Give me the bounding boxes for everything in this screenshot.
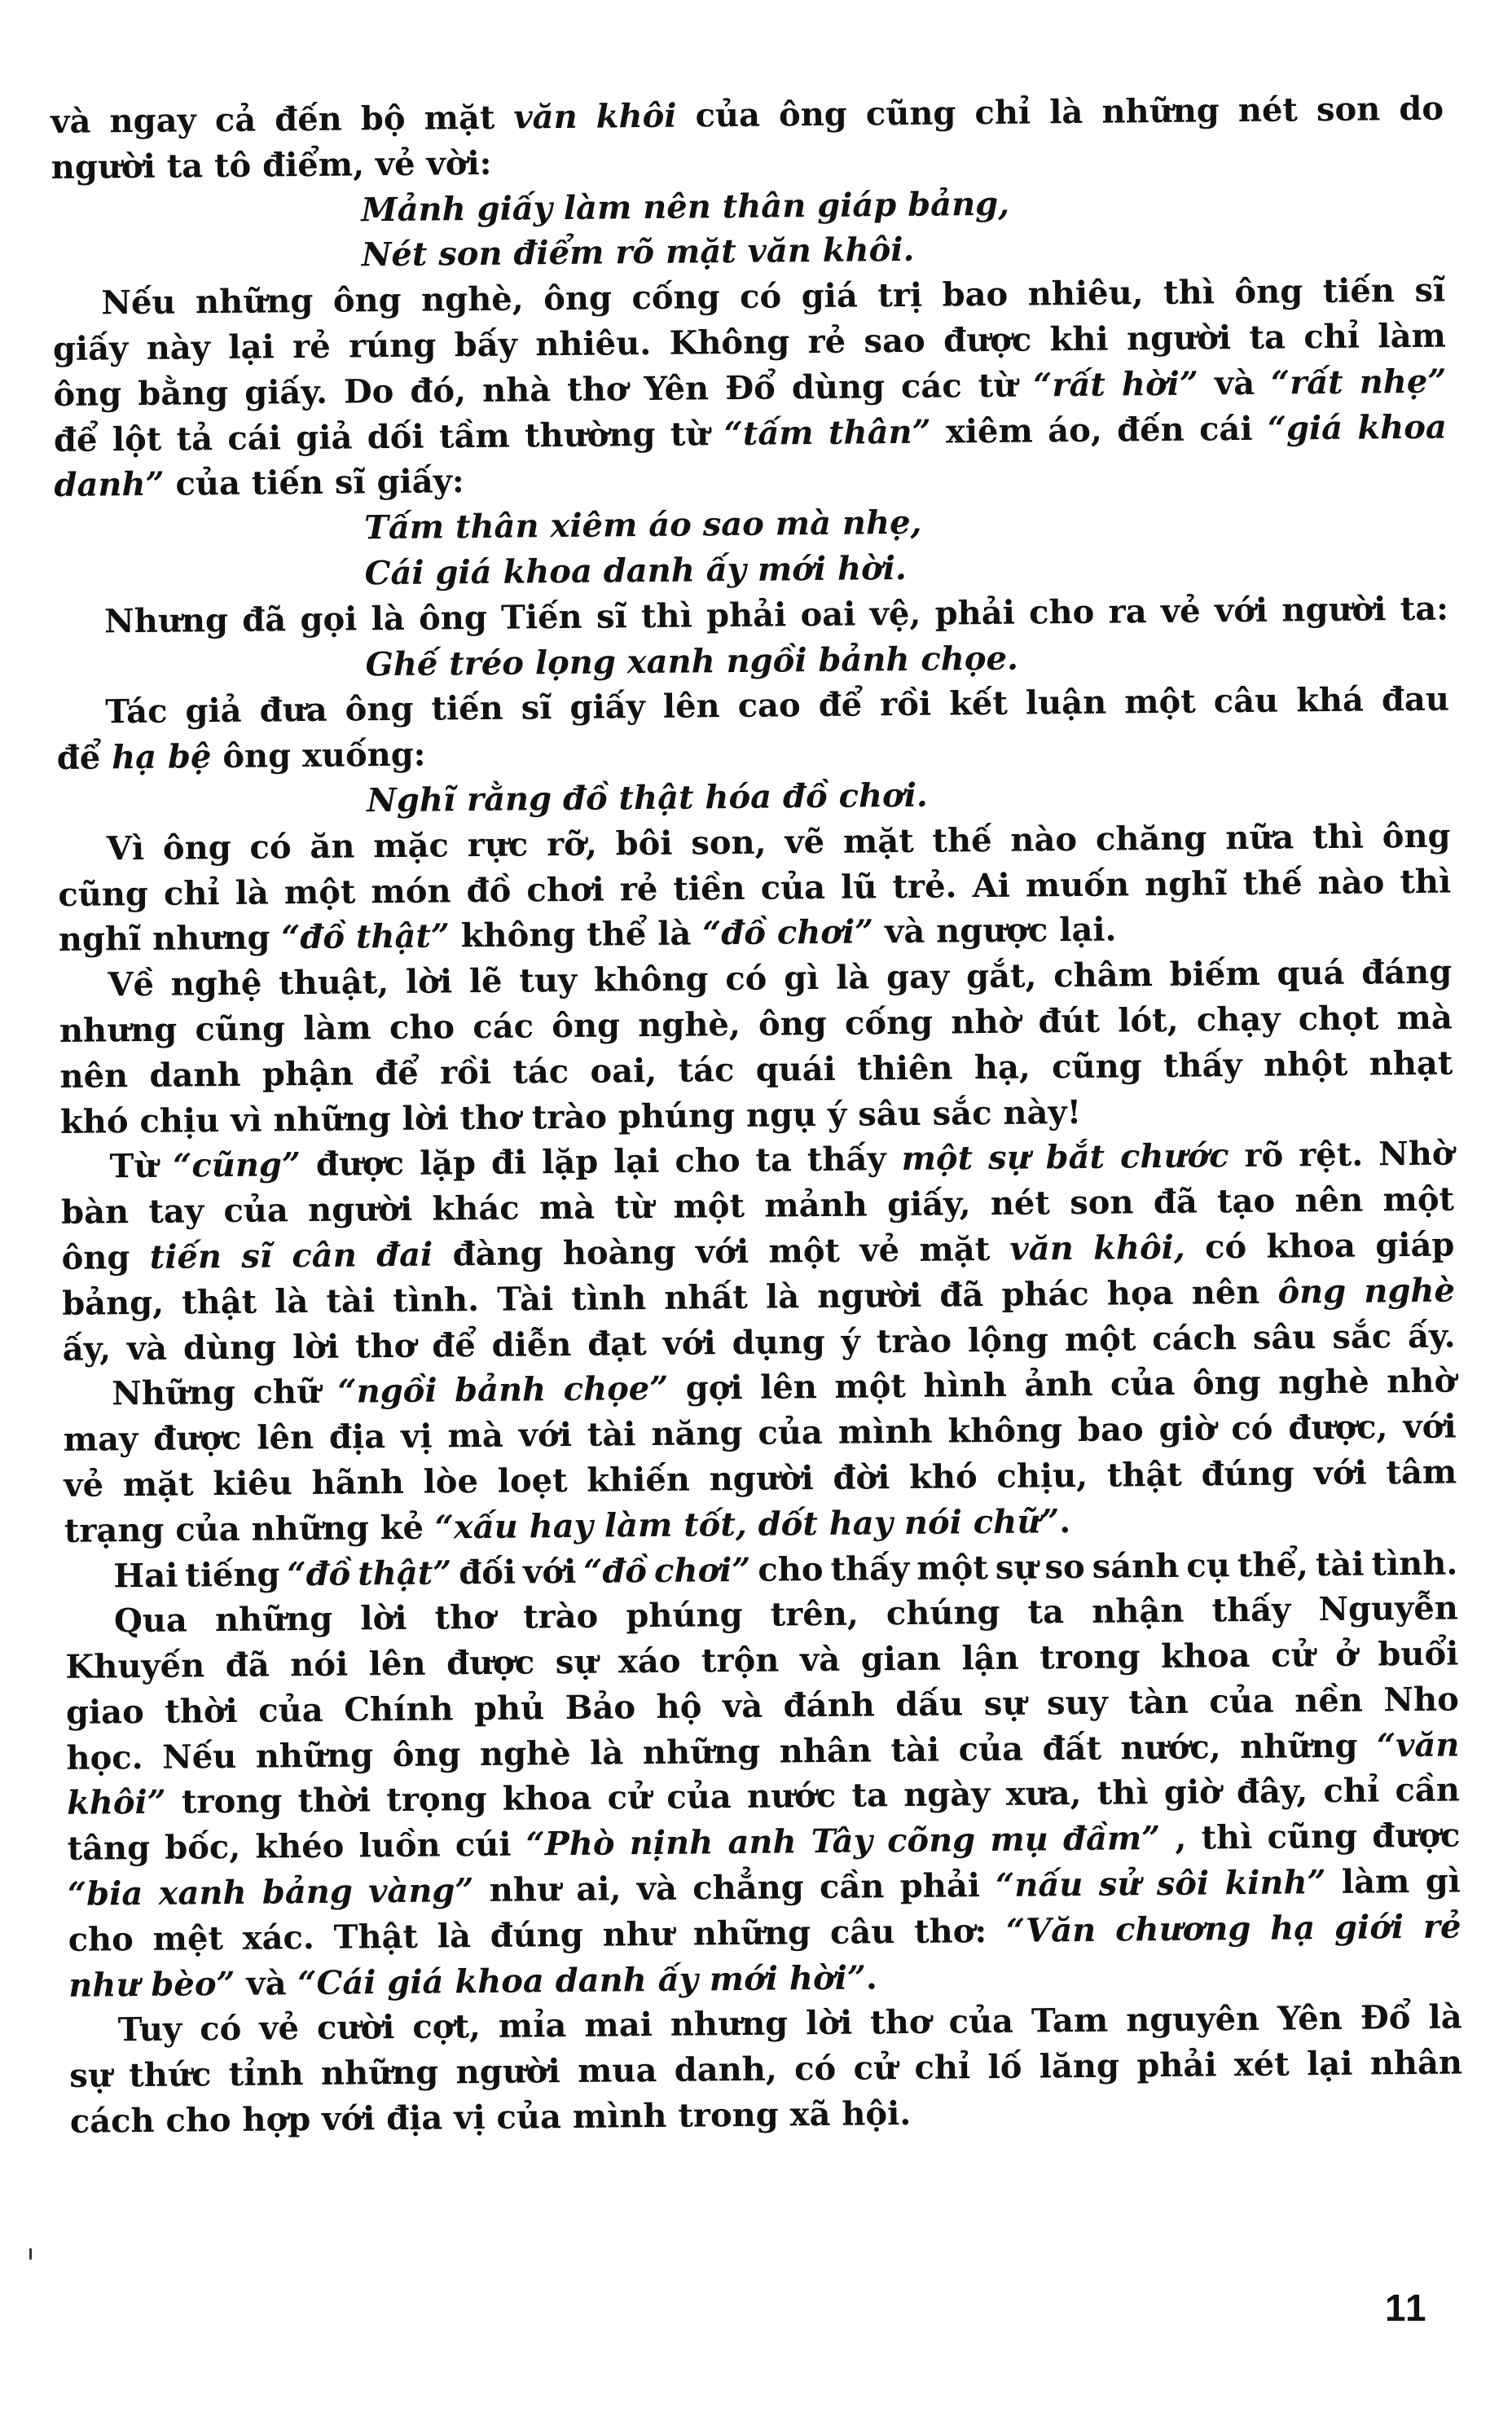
text-run: Hai — [113, 1553, 178, 1599]
text-run: là — [836, 956, 870, 1001]
text-run: sánh — [1092, 1543, 1179, 1589]
text-run: Nhưng — [104, 598, 228, 644]
text-run: chúng — [886, 1590, 1000, 1637]
text-run: mặt — [843, 819, 914, 865]
text-run: thật — [1107, 1452, 1182, 1499]
text-run: danh — [149, 1052, 241, 1099]
text-run: ăn — [310, 824, 355, 869]
text-run: rồi — [880, 682, 931, 727]
text-run: phải — [706, 592, 787, 639]
text-run: tình — [571, 1276, 646, 1322]
italic-phrase: kinh” — [1224, 1860, 1326, 1906]
book-page: vàngaycảđếnbộmặtvănkhôicủaôngcũngchỉlành… — [0, 0, 1512, 2434]
italic-phrase: khôi — [596, 94, 677, 140]
text-run: Từ — [109, 1144, 157, 1189]
text-run: lời — [360, 1596, 407, 1641]
text-run: có — [249, 824, 292, 870]
text-run: nước, — [1120, 1724, 1221, 1771]
text-run: với — [523, 1549, 577, 1594]
text-run: như — [489, 1867, 560, 1913]
italic-phrase: sự — [988, 1136, 1031, 1181]
text-run: may — [64, 1417, 138, 1463]
text-run: tài — [326, 1278, 375, 1324]
text-run: cống — [631, 275, 720, 321]
italic-phrase: xanh — [158, 1870, 246, 1917]
italic-phrase: tiến — [149, 1234, 222, 1281]
text-run: giao — [66, 1689, 144, 1736]
text-run: cũng — [1267, 1814, 1357, 1861]
text-run: nghè, — [638, 1002, 741, 1048]
text-run: của — [758, 1410, 823, 1456]
text-run: đất — [1042, 1725, 1101, 1771]
text-run: thường — [525, 411, 656, 458]
text-run: suy — [1047, 1681, 1108, 1727]
text-run: chăng — [1096, 815, 1207, 862]
italic-phrase: nghè — [1364, 1268, 1455, 1314]
text-run: cười — [317, 2006, 395, 2052]
text-run: dụng — [732, 1319, 825, 1365]
text-run: một — [673, 1184, 745, 1230]
text-run: lại — [1307, 2041, 1353, 2087]
text-run: đáng — [1361, 950, 1452, 996]
text-run: gì — [784, 956, 820, 1001]
text-run: là — [766, 1274, 800, 1320]
text-run: lũ — [841, 864, 877, 910]
text-run: một — [1065, 1316, 1136, 1363]
text-run: để — [818, 683, 862, 728]
text-run: cái — [1199, 406, 1253, 451]
text-run: giả — [185, 688, 242, 734]
text-run: ông — [333, 278, 402, 324]
text-run: Nhờ — [1378, 1131, 1454, 1178]
text-run: , — [1175, 1816, 1186, 1861]
text-run: câu — [1214, 679, 1279, 725]
text-run: đúng — [490, 1913, 583, 1959]
text-run: rệt. — [1299, 1132, 1363, 1179]
text-run: tình. — [1371, 1540, 1457, 1587]
text-run: loẹt — [497, 1458, 567, 1505]
text-run: mỉa — [499, 2003, 567, 2050]
text-run: và — [127, 1325, 168, 1371]
text-run: kết — [949, 681, 1008, 727]
text-run: được, — [1288, 1404, 1388, 1451]
text-run: lên — [663, 684, 720, 730]
text-run: vệ, — [869, 591, 921, 637]
text-run: mặt — [123, 1461, 194, 1508]
text-run: tiến — [1322, 268, 1395, 314]
text-run: và — [51, 99, 91, 145]
text-run: nhất — [664, 1275, 748, 1321]
text-run: trẻ. — [892, 863, 956, 910]
text-run: tuy — [519, 958, 577, 1004]
text-run: ấy. — [1408, 1313, 1456, 1359]
text-run: nhờ — [1387, 1359, 1456, 1405]
text-run: sự — [556, 1640, 598, 1685]
text-run: thơ — [355, 1323, 416, 1369]
text-run: muốn — [1026, 862, 1130, 908]
text-run: sĩ — [1414, 268, 1445, 314]
text-run: nghè — [480, 1731, 571, 1777]
text-run: bốc, — [165, 1825, 240, 1871]
text-run: thì — [1312, 814, 1364, 859]
text-run: ở — [1335, 1632, 1357, 1678]
text-run: của tiến sĩ giấy: — [164, 459, 464, 507]
text-run: của — [948, 1999, 1013, 2045]
text-run: để — [432, 1323, 476, 1369]
italic-phrase: hạ bệ — [112, 734, 212, 780]
body-text: vàngaycảđếnbộmặtvănkhôicủaôngcũngchỉlành… — [51, 86, 1463, 2145]
text-run: hộ — [656, 1684, 701, 1729]
italic-phrase: cõng — [887, 1817, 976, 1864]
text-run: hoàng — [563, 1230, 676, 1276]
text-run: đây, — [1237, 1769, 1308, 1816]
text-run: do — [1399, 86, 1444, 132]
text-run: trong — [182, 1779, 283, 1825]
text-run: lộng — [968, 1317, 1048, 1364]
italic-phrase: “văn — [1377, 1722, 1460, 1768]
text-run: gian — [860, 1637, 941, 1683]
text-run: nhận — [1092, 1588, 1185, 1635]
text-run: lời — [292, 1324, 340, 1369]
text-run: món — [371, 868, 451, 915]
text-run: từ — [670, 411, 710, 457]
text-run: mình — [838, 1409, 933, 1456]
text-run: những — [1101, 88, 1220, 134]
text-run: đau — [1382, 677, 1450, 723]
text-run: hạ, — [974, 1044, 1031, 1090]
text-run: khéo — [255, 1824, 344, 1870]
text-run: trị — [877, 273, 922, 319]
text-run: ai, — [576, 1866, 622, 1912]
text-run: thơ — [567, 367, 628, 413]
text-run: của — [258, 1688, 323, 1734]
text-run: chịu, — [996, 1453, 1088, 1500]
text-run: người — [1281, 587, 1387, 633]
text-run: hình — [923, 1363, 1007, 1409]
text-run: những — [1240, 1723, 1358, 1769]
text-run: bao — [942, 272, 1008, 319]
text-run: mai — [584, 2002, 653, 2049]
text-run: Thật — [333, 1914, 418, 1961]
text-run: nào — [1010, 817, 1077, 863]
text-run: nữa — [1225, 815, 1294, 861]
text-run: người — [1127, 315, 1232, 362]
text-run: những — [215, 1597, 333, 1643]
italic-phrase: rẻ — [1423, 1904, 1461, 1949]
text-run: son, — [691, 819, 767, 866]
text-run: vẻ — [259, 2006, 299, 2052]
text-run: có — [794, 2046, 837, 2092]
text-run: Yên — [1277, 1996, 1343, 2042]
text-run: mà — [447, 1413, 503, 1459]
italic-phrase: “giá — [1268, 405, 1343, 451]
text-run: ông — [779, 92, 847, 138]
text-run: câu — [830, 1909, 895, 1956]
text-run: ảnh — [1024, 1362, 1093, 1408]
text-run: đã — [225, 1643, 269, 1689]
text-run: lặp — [420, 1140, 477, 1186]
text-run: lời — [806, 2001, 853, 2046]
italic-phrase: giới — [1334, 1905, 1404, 1951]
text-run: nhân — [1370, 2041, 1463, 2087]
italic-phrase: một — [901, 1136, 973, 1183]
text-run: địa — [329, 1414, 386, 1460]
italic-phrase: khoa — [1357, 404, 1447, 450]
text-run: Khuyến — [65, 1643, 204, 1689]
text-run: không — [947, 1408, 1062, 1454]
text-run: tiến — [431, 686, 503, 732]
text-run: vị — [401, 1414, 433, 1460]
text-run: Tam — [1031, 1998, 1109, 2045]
italic-phrase: chương — [1115, 1906, 1251, 1953]
text-run: Đổ — [725, 365, 776, 411]
text-run: có — [725, 956, 767, 1002]
text-run: đã — [1154, 1180, 1198, 1225]
text-run: của — [695, 93, 760, 139]
italic-phrase: đai — [376, 1232, 433, 1277]
text-run: thức — [129, 2052, 212, 2098]
text-run: gọi — [300, 596, 357, 642]
text-run: cử — [1271, 1632, 1315, 1678]
italic-phrase: khôi, — [1093, 1225, 1185, 1272]
text-run: thời — [297, 1778, 371, 1825]
text-run: thì — [1097, 1771, 1149, 1817]
text-run: lận — [961, 1636, 1019, 1681]
text-run: cách cho hợp với địa vị của mình trong x… — [70, 2091, 912, 2145]
text-run: dùng — [792, 364, 886, 411]
text-run: mua — [578, 2048, 657, 2094]
italic-phrase: sử — [1098, 1861, 1141, 1907]
text-run: ông — [345, 687, 413, 733]
text-run: dấu — [895, 1681, 964, 1728]
text-run: rực — [467, 822, 528, 868]
text-run: lại — [613, 1139, 660, 1184]
text-run: với — [519, 1413, 573, 1458]
text-run: nguyên — [1126, 1997, 1259, 2043]
text-run: là — [1428, 1995, 1462, 2041]
text-run: lăng — [1039, 2044, 1120, 2090]
italic-phrase: “Văn — [1006, 1908, 1097, 1954]
text-run: gắt, — [966, 954, 1037, 1000]
text-run: nhà — [482, 367, 552, 414]
text-run: sự — [69, 2054, 112, 2099]
text-run: Tài — [497, 1276, 554, 1322]
text-run: nhưng — [670, 2001, 789, 2048]
text-run: ra — [1108, 589, 1147, 635]
italic-phrase: nhẹ” — [1359, 358, 1446, 405]
text-run: cử — [853, 2045, 897, 2091]
italic-phrase: vàng” — [368, 1868, 474, 1914]
text-run: Ghế tréo lọng xanh ngồi bảnh chọe. — [365, 635, 1018, 687]
text-run: đã — [242, 597, 286, 643]
text-run: ông — [1193, 1360, 1261, 1407]
text-run: chữ — [253, 1369, 320, 1416]
text-run: rẻ — [807, 319, 846, 365]
text-run: phúng — [626, 1593, 743, 1639]
text-run: bôi — [615, 820, 672, 866]
text-run: thời — [165, 1689, 238, 1735]
text-run: thấy — [1211, 1588, 1290, 1634]
text-run: rúng — [349, 323, 437, 369]
text-run: mảnh — [764, 1183, 868, 1229]
text-run: khoa — [1161, 1633, 1250, 1680]
text-run: thế — [932, 818, 992, 863]
text-run: so — [1044, 1544, 1085, 1589]
text-run: bao — [1078, 1407, 1144, 1453]
text-run: họa — [1107, 1271, 1174, 1317]
italic-phrase: ông — [1277, 1269, 1346, 1316]
text-run: trạng của những kẻ — [64, 1505, 436, 1553]
italic-phrase: bảng — [262, 1869, 353, 1916]
text-run: mà — [1396, 995, 1453, 1040]
text-run: bộ — [361, 96, 406, 142]
italic-phrase: “rất — [1271, 360, 1343, 406]
text-run: Nghĩ rằng đồ thật hóa đồ chơi. — [367, 773, 928, 824]
text-run: trong — [1039, 1634, 1141, 1681]
text-run: tiền — [673, 865, 745, 912]
text-run: ông — [758, 1001, 827, 1048]
text-run: tình. — [393, 1277, 479, 1324]
italic-phrase: chơi” — [654, 1547, 751, 1593]
text-run: trộn — [701, 1638, 780, 1685]
text-run: lên — [257, 1415, 314, 1461]
text-run: xét — [1234, 2042, 1290, 2088]
italic-phrase: “xấu hay làm tốt, dốt hay nói chữ” — [435, 1499, 1060, 1550]
text-run: để — [375, 1050, 419, 1096]
text-run: trào — [523, 1594, 599, 1641]
text-run: và ngược lại. — [873, 907, 1117, 956]
text-run: kiêu — [213, 1461, 292, 1507]
text-run: khoa — [503, 1776, 592, 1822]
text-run: học. — [66, 1735, 143, 1782]
text-run: Cái giá khoa danh ấy mới hời. — [364, 546, 907, 596]
text-run: thuật, — [279, 960, 389, 1006]
text-run: sự — [996, 1544, 1038, 1590]
text-run: các — [901, 363, 962, 410]
page-number: 11 — [1385, 2286, 1428, 2330]
text-run: khác — [432, 1186, 520, 1232]
text-run: cũng — [1052, 1043, 1142, 1090]
text-run: bấy — [454, 323, 517, 369]
text-run: lên — [760, 1364, 817, 1410]
text-run: khó — [909, 1454, 978, 1500]
text-run: cụ — [1186, 1543, 1230, 1588]
italic-phrase: danh” — [54, 462, 165, 508]
text-run: của — [666, 1775, 732, 1821]
text-run: Nếu — [162, 1734, 237, 1781]
text-run: được — [153, 1416, 242, 1462]
text-run: lại — [228, 324, 275, 370]
text-run: tiếng — [185, 1552, 280, 1598]
text-run: ông — [61, 1235, 130, 1281]
text-run: có — [200, 2006, 242, 2052]
text-run: sĩ — [596, 594, 627, 639]
text-run: đã — [939, 1272, 983, 1318]
text-run: hãnh — [311, 1460, 404, 1506]
text-run: xưa, — [1005, 1771, 1081, 1817]
text-run: là — [275, 1279, 309, 1325]
text-run: xáo — [618, 1639, 681, 1685]
text-run: tạo — [1217, 1179, 1276, 1224]
text-run: không thể là — [450, 912, 703, 960]
text-run: từ — [614, 1184, 653, 1230]
text-run: Ai — [972, 863, 1010, 908]
text-run: cho — [1029, 589, 1095, 635]
italic-phrase: hời” — [1122, 361, 1199, 407]
text-run: làm — [303, 1005, 371, 1052]
text-run: nên — [1191, 1270, 1259, 1316]
text-run: ông — [1382, 813, 1451, 859]
text-run: là — [437, 1913, 472, 1959]
text-run: gì — [1425, 1859, 1461, 1905]
italic-phrase: “đồ chơi” — [702, 910, 873, 957]
text-run: và — [235, 1961, 298, 2007]
text-run: khiến — [587, 1456, 690, 1503]
text-run: rồi — [440, 1050, 491, 1096]
text-run: ta: — [1400, 586, 1448, 631]
text-run: nên — [1294, 1178, 1363, 1224]
text-run: đến — [275, 97, 342, 143]
text-run: đút — [1038, 999, 1100, 1045]
text-run: mà — [539, 1185, 596, 1231]
text-run: làm — [1378, 314, 1446, 360]
text-run: chỉ — [1303, 314, 1360, 360]
text-run: rõ — [1244, 1133, 1283, 1179]
text-run: ta — [851, 1773, 888, 1819]
text-run: là — [371, 596, 405, 642]
text-run: một — [768, 1228, 840, 1275]
text-run: trọng — [386, 1777, 487, 1823]
text-run: tàn — [1128, 1680, 1189, 1725]
text-run: Về — [108, 962, 154, 1008]
text-run: cho — [389, 1004, 455, 1051]
text-run: giấy. — [244, 370, 327, 416]
text-run: nhân — [779, 1728, 872, 1774]
text-run: từ — [978, 362, 1017, 408]
text-run: mặt — [424, 95, 494, 142]
italic-phrase: chọe” — [563, 1366, 668, 1413]
italic-phrase: thật” — [358, 1550, 451, 1597]
italic-phrase: thân” — [829, 409, 931, 455]
text-run: đến — [1117, 406, 1185, 453]
text-run: đưa — [259, 688, 327, 734]
italic-phrase: sĩ — [241, 1233, 272, 1279]
text-run: ông — [163, 825, 231, 872]
text-run: ta — [1249, 314, 1286, 360]
text-run: áo, — [1048, 407, 1102, 453]
text-run: là — [235, 870, 269, 916]
text-run: là — [590, 1730, 624, 1776]
text-run: nào — [1317, 859, 1384, 906]
text-run: . — [1059, 1499, 1070, 1544]
text-run: tài — [890, 1727, 939, 1773]
text-run: sự — [984, 1681, 1026, 1726]
text-run: đi — [491, 1140, 527, 1186]
text-run: thể, — [1237, 1542, 1308, 1588]
text-run: nhột — [1264, 1042, 1348, 1088]
italic-phrase: Tây — [811, 1819, 872, 1865]
text-run: khoa — [1266, 1224, 1356, 1270]
text-run: và — [636, 1866, 677, 1912]
text-run: với — [696, 1229, 749, 1275]
italic-phrase: “đồ thật” — [281, 914, 450, 961]
text-run: cần — [1395, 1768, 1460, 1814]
italic-phrase: “đồ — [583, 1549, 647, 1595]
text-run: nghệ — [170, 961, 262, 1008]
text-run: chỉ — [974, 90, 1031, 135]
text-run: có — [740, 275, 782, 320]
text-run: những — [321, 2050, 439, 2097]
